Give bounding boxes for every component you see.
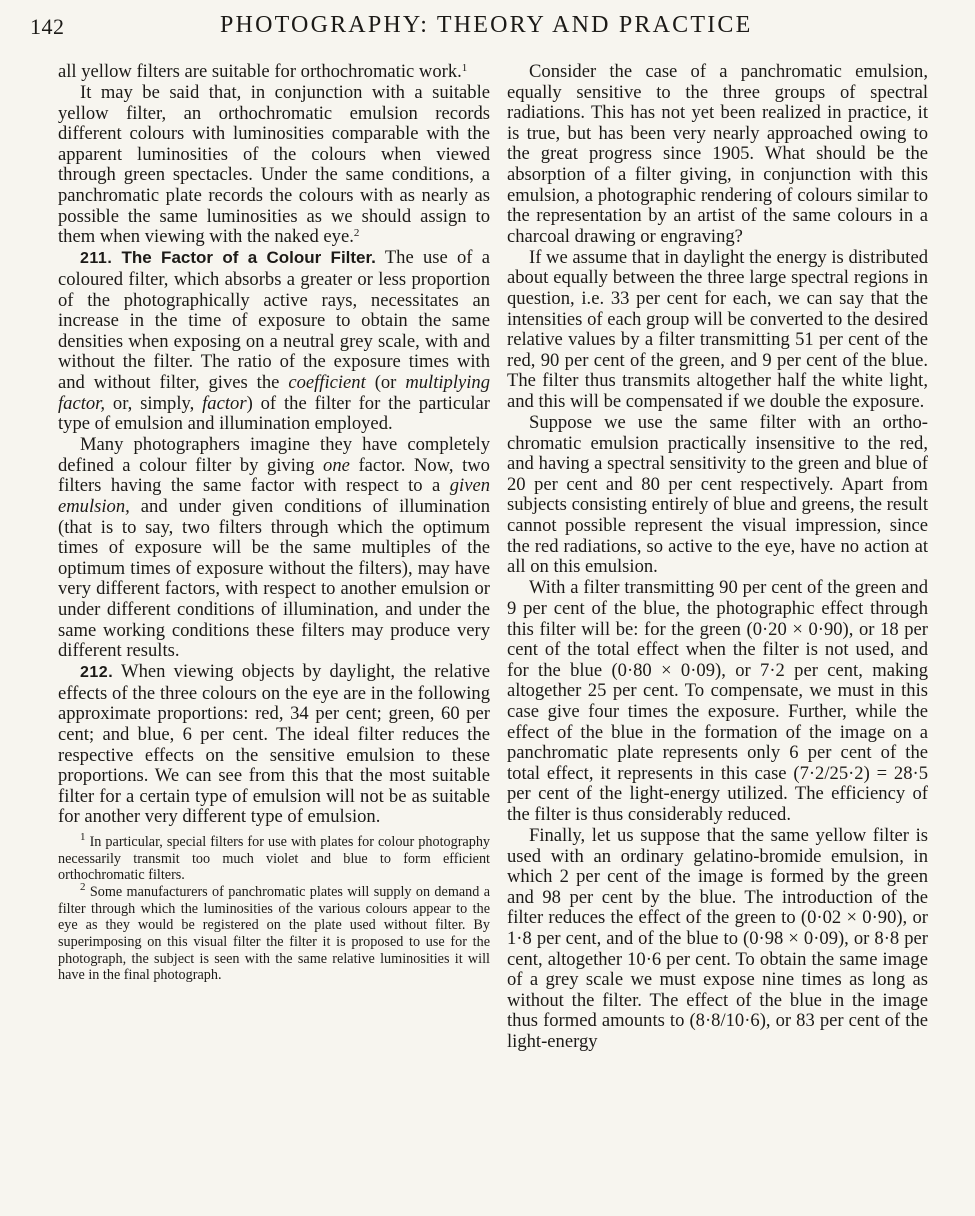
section-number: 212. bbox=[80, 664, 113, 681]
paragraph-text: or, simply, bbox=[113, 393, 194, 414]
section-heading: The Factor of a Colour Filter. bbox=[122, 248, 376, 267]
left-column: all yellow filters are suitable for orth… bbox=[58, 62, 490, 984]
footnote-text: In particular, special filters for use w… bbox=[58, 834, 490, 883]
footnotes: 1 In particular, special filters for use… bbox=[58, 834, 490, 984]
right-column: Consider the case of a panchromatic emul… bbox=[507, 62, 928, 1053]
page-number: 142 bbox=[30, 14, 65, 40]
paragraph-text: It may be said that, in conjunction with… bbox=[58, 82, 490, 247]
section-number: 211. bbox=[80, 250, 112, 267]
footnote-mark: 1 bbox=[80, 831, 86, 843]
emphasis: one bbox=[323, 455, 350, 476]
paragraph-text: When viewing objects by daylight, the re… bbox=[58, 661, 490, 827]
paragraph-text: and under given conditions of illuminati… bbox=[58, 496, 490, 661]
section-212: 212. When viewing objects by daylight, t… bbox=[58, 662, 490, 828]
running-head: 142 PHOTOGRAPHY: THEORY AND PRACTICE bbox=[30, 12, 930, 46]
paragraph-factors: Many photographers imagine they have com… bbox=[58, 435, 490, 662]
running-title: PHOTOGRAPHY: THEORY AND PRACTICE bbox=[220, 12, 752, 39]
paragraph-daylight-energy: If we assume that in daylight the energy… bbox=[507, 248, 928, 413]
paragraph-gelatino-bromide: Finally, let us suppose that the same ye… bbox=[507, 826, 928, 1053]
paragraph-orthochromatic: It may be said that, in conjunction with… bbox=[58, 83, 490, 248]
section-211: 211. The Factor of a Colour Filter. The … bbox=[58, 248, 490, 434]
footnote-2: 2 Some manufacturers of panchromatic pla… bbox=[58, 884, 490, 984]
paragraph-text: all yellow filters are suitable for orth… bbox=[58, 61, 462, 82]
paragraph-orthochromatic-filter: Suppose we use the same filter with an o… bbox=[507, 413, 928, 578]
footnote-1: 1 In particular, special filters for use… bbox=[58, 834, 490, 884]
emphasis: factor bbox=[202, 393, 246, 414]
footnote-ref-1[interactable]: 1 bbox=[462, 62, 468, 74]
footnote-mark: 2 bbox=[80, 881, 86, 893]
footnote-text: Some manufacturers of panchromatic plate… bbox=[58, 884, 490, 983]
paragraph-continuation: all yellow filters are suitable for orth… bbox=[58, 62, 490, 83]
emphasis: coeffi­cient bbox=[288, 372, 365, 393]
paragraph-panchromatic: Consider the case of a panchromatic emul… bbox=[507, 62, 928, 247]
footnote-ref-2[interactable]: 2 bbox=[354, 227, 360, 239]
paragraph-filter-transmission: With a filter transmitting 90 per cent o… bbox=[507, 578, 928, 825]
paragraph-text: (or bbox=[375, 372, 397, 393]
book-page: 142 PHOTOGRAPHY: THEORY AND PRACTICE all… bbox=[0, 0, 975, 1216]
